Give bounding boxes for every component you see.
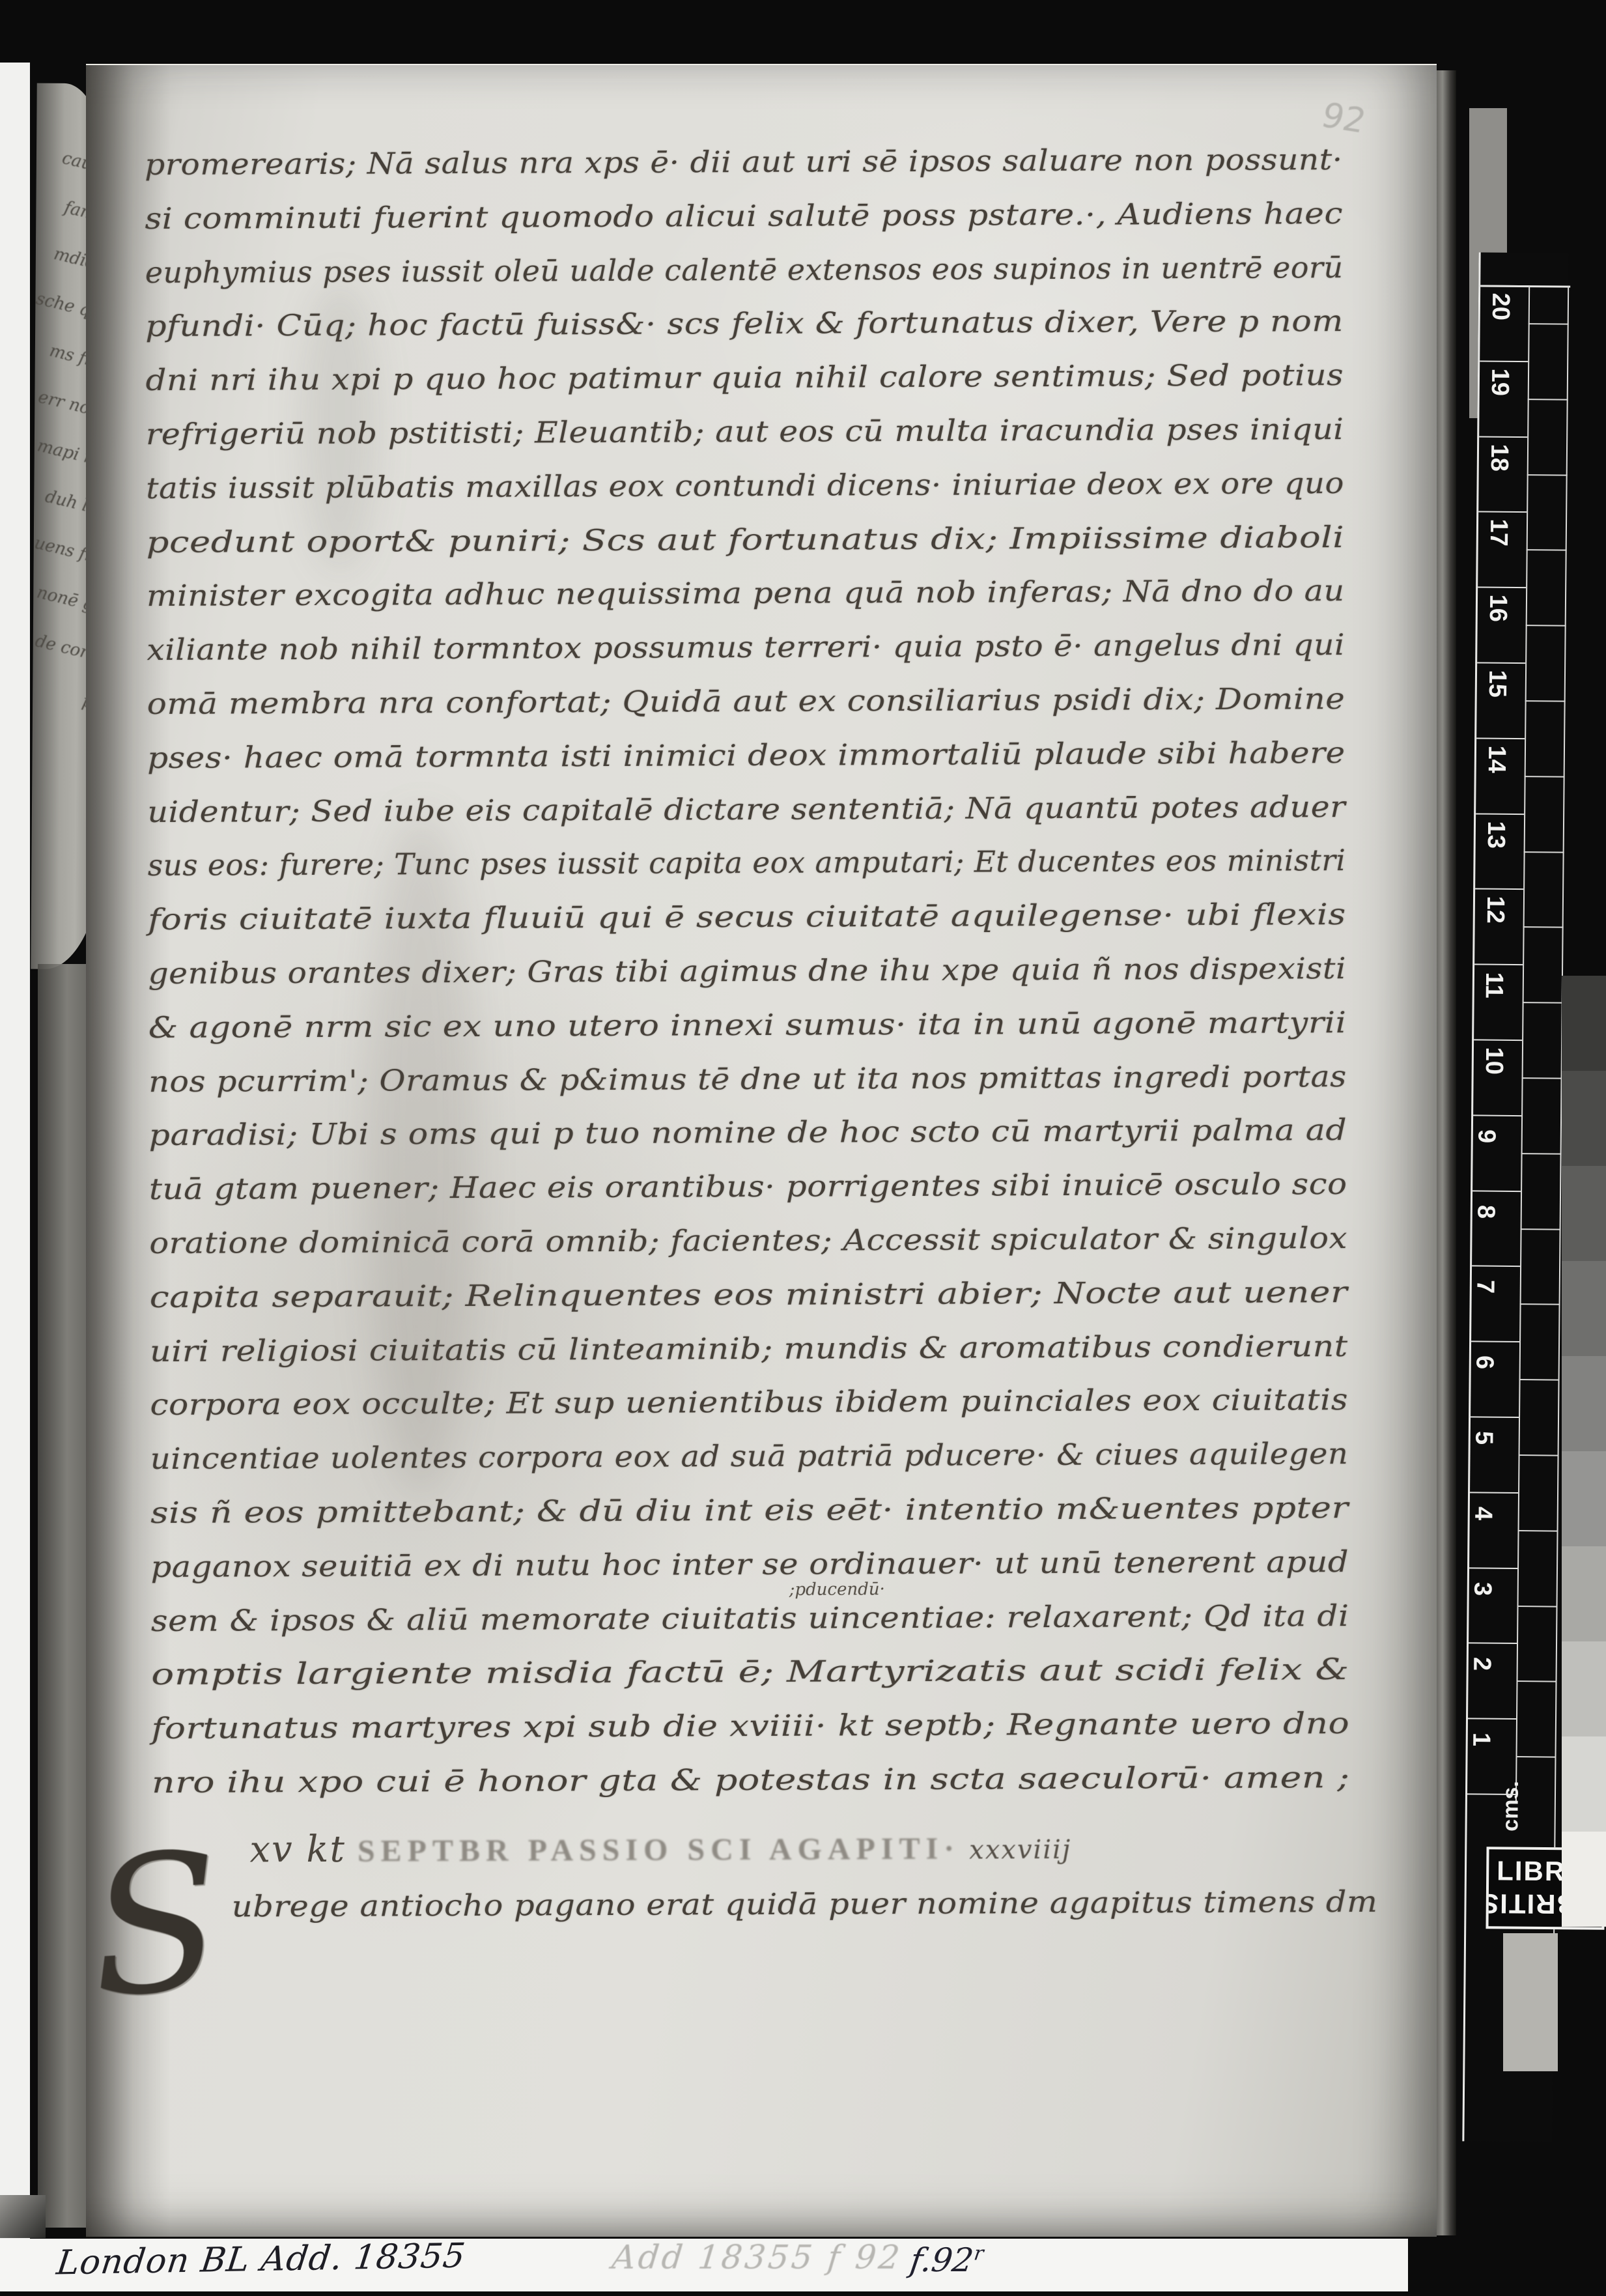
manuscript-line: pcedunt oport& puniri; Scs aut fortunatu… <box>146 510 1370 569</box>
manuscript-line-text: promerearis; Nā salus nra xps ē· dii aut… <box>145 133 1343 192</box>
ruler-half-line <box>1525 700 1566 702</box>
ruler-bottom-line <box>1467 1793 1515 1795</box>
bottom-border <box>0 2291 1606 2296</box>
ruler-cm-cell: 15 <box>1476 662 1525 737</box>
ruler-half-line <box>1526 625 1566 627</box>
manuscript-line-text: uidentur; Sed iube eis capitalē dictare … <box>147 780 1345 840</box>
ruler-cm-number: 11 <box>1482 972 1506 999</box>
ruler-half-line <box>1528 399 1568 401</box>
ruler-cm-number: 19 <box>1487 368 1512 396</box>
manuscript-line-text: refrigeriū nob pstitisti; Eleuantib; aut… <box>146 403 1344 462</box>
manuscript-line-text: sem & ipsos & aliū memorate ciuitatis ui… <box>151 1589 1349 1649</box>
caption-shelfmark-pencil: Add 18355 f 92 <box>610 2241 903 2274</box>
ruler-half-line <box>1515 1756 1556 1758</box>
manuscript-line-text: paradisi; Ubi s oms qui p tuo nomine de … <box>148 1103 1347 1163</box>
ruler-half-line <box>1527 549 1567 551</box>
ruler-half-line <box>1517 1606 1558 1608</box>
grayscale-step <box>1562 1641 1606 1736</box>
manuscript-line: pfundi· Cūq; hoc factū fuiss&· scs felix… <box>145 294 1370 354</box>
manuscript-line: tatis iussit plūbatis maxillas eox contu… <box>146 457 1370 516</box>
ruler-cm-number: 5 <box>1471 1431 1496 1445</box>
ruler-cm-number: 12 <box>1483 896 1508 924</box>
grayscale-step <box>1562 976 1606 1071</box>
manuscript-line-text: paganox seuitiā ex di nutu hoc inter se … <box>150 1535 1349 1594</box>
ruler-cm-cell: 14 <box>1476 737 1525 813</box>
manuscript-line-text: euphymius pses iussit oleū ualde calentē… <box>145 241 1344 300</box>
ruler-cm-number: 20 <box>1488 292 1513 320</box>
manuscript-line: oratione dominicā corā omnib; facientes;… <box>149 1212 1374 1271</box>
manuscript-line-text: omptis largiente misdia factū ē; Martyri… <box>151 1643 1349 1702</box>
grayscale-step <box>1562 1261 1606 1356</box>
ruler-cm-cell: 16 <box>1477 587 1526 662</box>
grayscale-step <box>1562 1546 1606 1641</box>
book-fore-edge <box>1437 70 1456 2235</box>
manuscript-line-text: fortunatus martyres xpi sub die xviiii· … <box>151 1697 1349 1756</box>
manuscript-line: refrigeriū nob pstitisti; Eleuantib; aut… <box>146 403 1370 462</box>
lines-container: promerearis; Nā salus nra xps ē· dii aut… <box>145 133 1376 1810</box>
ruler-half-line <box>1519 1379 1560 1381</box>
ruler-cm-number: 6 <box>1472 1355 1497 1369</box>
manuscript-line-text: pcedunt oport& puniri; Scs aut fortunatu… <box>146 511 1344 570</box>
manuscript-line-text: xiliante nob nihil tormntox possumus ter… <box>147 618 1345 677</box>
caption-strip: London BL Add. 18355 Add 18355 f 92 f.92… <box>0 2239 1408 2291</box>
manuscript-line-text: si comminuti fuerint quomodo alicui salu… <box>145 187 1343 246</box>
ruler-cm-number: 9 <box>1474 1129 1499 1143</box>
caption-shelfmark-ink: London BL Add. 18355 <box>55 2239 468 2280</box>
manuscript-line-text: nos pcurrim'; Oramus & p&imus tē dne ut … <box>148 1050 1347 1109</box>
manuscript-page: 92 S promerearis; Nā salus nra xps ē· di… <box>86 64 1437 2237</box>
page-marker-tab <box>1503 1933 1558 2071</box>
grayscale-step <box>1562 1451 1606 1546</box>
manuscript-line: xiliante nob nihil tormntox possumus ter… <box>147 618 1371 677</box>
ruler-cm-number: 8 <box>1473 1204 1498 1218</box>
ruler-cm-cell: 9 <box>1472 1114 1521 1190</box>
manuscript-line: euphymius pses iussit oleū ualde calentē… <box>145 241 1370 300</box>
grayscale-step <box>1562 1356 1606 1451</box>
grayscale-step <box>1562 1736 1606 1832</box>
interlinear-note: ;pducendū· <box>789 1581 885 1598</box>
manuscript-line: dni nri ihu xpi p quo hoc patimur quia n… <box>145 348 1370 408</box>
manuscript-line: sis ñ eos pmittebant; & dū diu int eis e… <box>150 1481 1375 1540</box>
manuscript-line-text: uincentiae uolentes corpora eox ad suā p… <box>150 1427 1349 1486</box>
manuscript-line: nro ihu xpo cui ē honor gta & potestas i… <box>152 1751 1376 1810</box>
ruler-cm-number: 18 <box>1487 444 1512 472</box>
grayscale-step <box>1562 1832 1606 1927</box>
ruler-cm-number: 2 <box>1469 1657 1494 1671</box>
manuscript-line: omptis largiente misdia factū ē; Martyri… <box>151 1643 1375 1702</box>
ruler-cm-cell: 11 <box>1474 964 1523 1040</box>
manuscript-line-text: & agonē nrm sic ex uno utero innexi sumu… <box>148 996 1347 1055</box>
ruler-half-line <box>1523 926 1564 928</box>
manuscript-line: corpora eox occulte; Et sup uenientibus … <box>150 1373 1374 1432</box>
manuscript-line: capita separauit; Relinquentes eos minis… <box>150 1266 1374 1325</box>
grayscale-step <box>1562 1166 1606 1261</box>
manuscript-line-text: omā membra nra confortat; Quidā aut ex c… <box>147 672 1345 731</box>
manuscript-line: fortunatus martyres xpi sub die xviiii· … <box>151 1697 1375 1756</box>
manuscript-line-text: sis ñ eos pmittebant; & dū diu int eis e… <box>150 1481 1349 1540</box>
ruler-cm-cell: 17 <box>1478 511 1527 587</box>
rubric-line: xv ktSEPTBR PASSIO SCI AGAPITI·xxxviiij <box>152 1815 1376 1880</box>
manuscript-line-text: capita separauit; Relinquentes eos minis… <box>150 1266 1348 1325</box>
manuscript-line: si comminuti fuerint quomodo alicui salu… <box>145 187 1369 246</box>
manuscript-photo: x:cauofam;mdid.sche quidms fiderr nodmap… <box>0 0 1606 2296</box>
ruler-cm-cell: 13 <box>1475 813 1524 888</box>
incipit-line: ubrege antiocho pagano erat quidā puer n… <box>232 1875 1378 1934</box>
manuscript-line: sem & ipsos & aliū memorate ciuitatis ui… <box>151 1589 1375 1648</box>
ruler-cm-cell: 18 <box>1478 436 1527 511</box>
ruler-cm-number: 15 <box>1485 670 1510 698</box>
manuscript-line: minister excogita adhuc nequissima pena … <box>147 564 1371 623</box>
ruler-half-line <box>1523 1002 1563 1004</box>
ruler-cm-cell: 2 <box>1468 1643 1517 1718</box>
ruler-half-line <box>1525 776 1565 778</box>
ruler-cm-number: 3 <box>1470 1581 1495 1595</box>
manuscript-line-text: uiri religiosi ciuitatis cū linteaminib;… <box>150 1320 1348 1379</box>
manuscript-line-text: tatis iussit plūbatis maxillas eox contu… <box>146 457 1344 516</box>
text-block: promerearis; Nā salus nra xps ē· dii aut… <box>145 133 1377 1946</box>
ruler-half-line <box>1524 851 1564 853</box>
ruler-half-line <box>1521 1228 1561 1230</box>
ruler-cm-cell: 5 <box>1470 1416 1519 1492</box>
manuscript-line-text: pses· haec omā tormnta isti inimici deox… <box>147 726 1345 786</box>
manuscript-line-text: sus eos: furere; Tunc pses iussit capita… <box>148 834 1346 893</box>
ruler-half-line <box>1518 1530 1558 1532</box>
manuscript-line: genibus orantes dixer; Gras tibi agimus … <box>148 942 1372 1001</box>
ruler-cm-cell: 20 <box>1480 285 1529 360</box>
rubric-chapter-number: xxxviiij <box>969 1835 1071 1865</box>
ruler-cm-cell: 19 <box>1479 360 1528 436</box>
ruler-cm-number: 10 <box>1482 1047 1506 1075</box>
ruler-half-line <box>1529 323 1569 325</box>
manuscript-line: uincentiae uolentes corpora eox ad suā p… <box>150 1427 1375 1486</box>
ruler-cm-number: 16 <box>1486 595 1510 623</box>
manuscript-line-text: dni nri ihu xpi p quo hoc patimur quia n… <box>145 348 1344 408</box>
manuscript-line-text: nro ihu xpo cui ē honor gta & potestas i… <box>152 1751 1350 1810</box>
manuscript-line: nos pcurrim'; Oramus & p&imus tē dne ut … <box>148 1049 1373 1109</box>
grayscale-step <box>1562 1071 1606 1166</box>
manuscript-line-text: corpora eox occulte; Et sup uenientibus … <box>150 1373 1348 1432</box>
manuscript-line: tuā gtam puener; Haec eis orantibus· por… <box>149 1157 1374 1217</box>
manuscript-line-text: minister excogita adhuc nequissima pena … <box>147 564 1345 623</box>
manuscript-line-text: foris ciuitatē iuxta fluuiū qui ē secus … <box>148 888 1346 947</box>
ruler-cm-cell: 1 <box>1467 1718 1516 1794</box>
manuscript-line: sus eos: furere; Tunc pses iussit capita… <box>148 834 1372 893</box>
manuscript-line: omā membra nra confortat; Quidā aut ex c… <box>147 672 1372 731</box>
ruler-half-line <box>1519 1454 1559 1456</box>
ruler-cm-cell: 10 <box>1473 1039 1522 1114</box>
cover-corner <box>0 2195 46 2238</box>
ruler-cm-cell: 6 <box>1471 1341 1519 1417</box>
rubric-title: SEPTBR PASSIO SCI AGAPITI· <box>358 1831 961 1868</box>
manuscript-line-text: oratione dominicā corā omnib; facientes;… <box>149 1212 1347 1271</box>
ruler-half-line <box>1520 1303 1560 1305</box>
manuscript-line: pses· haec omā tormnta isti inimici deox… <box>147 726 1372 786</box>
manuscript-line: foris ciuitatē iuxta fluuiū qui ē secus … <box>148 888 1372 947</box>
ruler-cm-number: 14 <box>1484 745 1509 773</box>
ruler-cm-number: 17 <box>1486 519 1511 547</box>
ruler-cm-cell: 8 <box>1472 1190 1521 1266</box>
rubric-date: xv kt <box>249 1828 346 1871</box>
manuscript-line-text: pfundi· Cūq; hoc factū fuiss&· scs felix… <box>145 294 1344 354</box>
caption-folio-text: f.92 <box>908 2241 976 2279</box>
manuscript-line: uidentur; Sed iube eis capitalē dictare … <box>147 780 1372 839</box>
manuscript-line: promerearis; Nā salus nra xps ē· dii aut… <box>145 133 1369 192</box>
manuscript-line: paradisi; Ubi s oms qui p tuo nomine de … <box>148 1103 1373 1163</box>
ruler-half-line <box>1527 474 1568 476</box>
ruler-cm-number: 4 <box>1471 1507 1495 1520</box>
ruler-cm-cell: 3 <box>1469 1567 1517 1643</box>
caption-folio-sup: r <box>972 2242 985 2265</box>
caption-folio-ink: f.92r <box>908 2244 985 2276</box>
ruler-cm-cell: 4 <box>1469 1492 1518 1567</box>
ruler-cm-number: 1 <box>1469 1733 1493 1746</box>
grayscale-wedge <box>1562 976 1606 1927</box>
ruler-half-line <box>1522 1077 1562 1079</box>
manuscript-line-text: tuā gtam puener; Haec eis orantibus· por… <box>149 1157 1347 1217</box>
manuscript-line: & agonē nrm sic ex uno utero innexi sumu… <box>148 996 1373 1055</box>
manuscript-line-text: genibus orantes dixer; Gras tibi agimus … <box>148 942 1346 1001</box>
manuscript-line: uiri religiosi ciuitatis cū linteaminib;… <box>150 1319 1374 1378</box>
ruler-cm-number: 7 <box>1472 1280 1497 1294</box>
ruler-cm-number: 13 <box>1484 821 1508 849</box>
manuscript-line: paganox seuitiā ex di nutu hoc inter se … <box>150 1535 1375 1594</box>
incipit-row: ubrege antiocho pagano erat quidā puer n… <box>152 1875 1377 1946</box>
ruler-half-line <box>1517 1680 1557 1682</box>
ruler-cm-cell: 12 <box>1474 888 1523 964</box>
ruler-half-line <box>1521 1153 1562 1155</box>
scan-edge-left <box>0 63 30 2296</box>
ruler-cm-cell: 7 <box>1471 1266 1520 1341</box>
